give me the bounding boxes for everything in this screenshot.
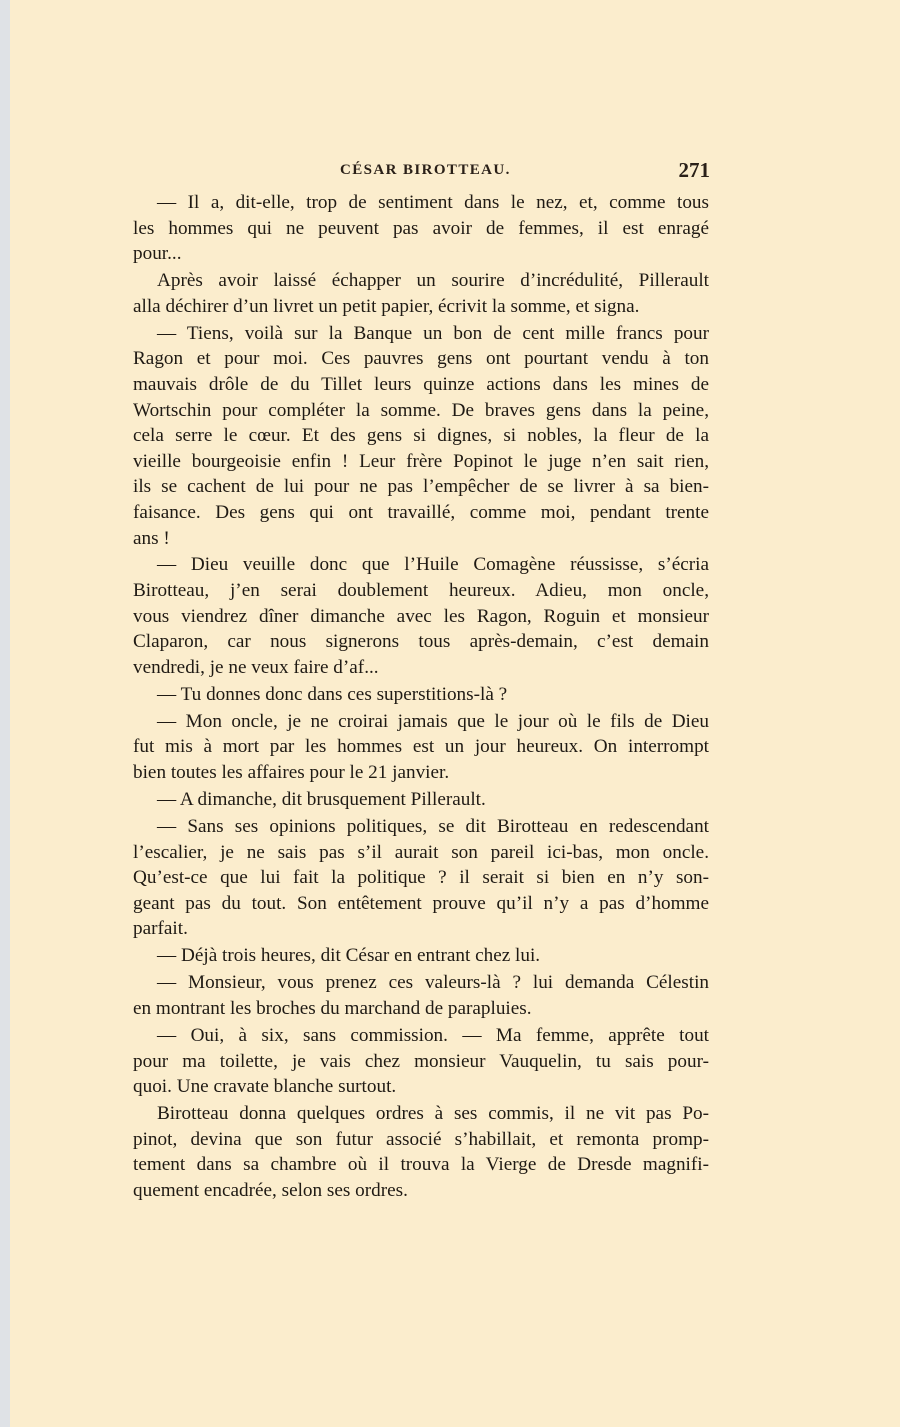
text-line: pinot, devina que son futur associé s’ha… — [133, 1127, 709, 1153]
paragraph: — Mon oncle, je ne croirai jamais que le… — [133, 709, 709, 786]
paragraph: — Sans ses opinions politiques, se dit B… — [133, 814, 709, 942]
text-line: — Mon oncle, je ne croirai jamais que le… — [133, 709, 709, 735]
text-line: en montrant les broches du marchand de p… — [133, 996, 709, 1022]
body-text: — Il a, dit-elle, trop de sentiment dans… — [133, 190, 709, 1205]
text-line: — Sans ses opinions politiques, se dit B… — [133, 814, 709, 840]
page-header: CÉSAR BIROTTEAU. 271 — [132, 158, 710, 186]
paragraph: — A dimanche, dit brusquement Pillerault… — [133, 787, 709, 813]
scan-edge — [0, 0, 10, 1427]
paragraph: — Tu donnes donc dans ces superstitions-… — [133, 682, 709, 708]
paragraph: Après avoir laissé échapper un sourire d… — [133, 268, 709, 319]
text-line: Birotteau, j’en serai doublement heureux… — [133, 578, 709, 604]
paragraph: Birotteau donna quelques ordres à ses co… — [133, 1101, 709, 1203]
text-line: vous viendrez dîner dimanche avec les Ra… — [133, 604, 709, 630]
text-line: Ragon et pour moi. Ces pauvres gens ont … — [133, 346, 709, 372]
text-line: — Déjà trois heures, dit César en entran… — [133, 943, 709, 969]
text-line: vieille bourgeoisie enfin ! Leur frère P… — [133, 449, 709, 475]
text-line: mauvais drôle de du Tillet leurs quinze … — [133, 372, 709, 398]
paragraph: — Oui, à six, sans commission. — Ma femm… — [133, 1023, 709, 1100]
text-line: — Tiens, voilà sur la Banque un bon de c… — [133, 321, 709, 347]
paragraph: — Déjà trois heures, dit César en entran… — [133, 943, 709, 969]
text-line: cela serre le cœur. Et des gens si digne… — [133, 423, 709, 449]
text-line: quoi. Une cravate blanche surtout. — [133, 1074, 709, 1100]
text-line: pour... — [133, 241, 709, 267]
text-line: — Dieu veuille donc que l’Huile Comagène… — [133, 552, 709, 578]
text-line: — A dimanche, dit brusquement Pillerault… — [133, 787, 709, 813]
text-line: Qu’est-ce que lui fait la politique ? il… — [133, 865, 709, 891]
text-line: geant pas du tout. Son entêtement prouve… — [133, 891, 709, 917]
text-line: Après avoir laissé échapper un sourire d… — [133, 268, 709, 294]
paragraph: — Tiens, voilà sur la Banque un bon de c… — [133, 321, 709, 551]
paragraph: — Dieu veuille donc que l’Huile Comagène… — [133, 552, 709, 680]
text-line: tement dans sa chambre où il trouva la V… — [133, 1152, 709, 1178]
text-line: Claparon, car nous signerons tous après-… — [133, 629, 709, 655]
text-line: fut mis à mort par les hommes est un jou… — [133, 734, 709, 760]
text-line: les hommes qui ne peuvent pas avoir de f… — [133, 216, 709, 242]
running-title: CÉSAR BIROTTEAU. — [340, 162, 511, 179]
text-line: bien toutes les affaires pour le 21 janv… — [133, 760, 709, 786]
paragraph: — Monsieur, vous prenez ces valeurs-là ?… — [133, 970, 709, 1021]
text-line: pour ma toilette, je vais chez monsieur … — [133, 1049, 709, 1075]
text-line: — Monsieur, vous prenez ces valeurs-là ?… — [133, 970, 709, 996]
text-line: vendredi, je ne veux faire d’af... — [133, 655, 709, 681]
text-line: ils se cachent de lui pour ne pas l’empê… — [133, 474, 709, 500]
text-line: — Il a, dit-elle, trop de sentiment dans… — [133, 190, 709, 216]
text-line: — Tu donnes donc dans ces superstitions-… — [133, 682, 709, 708]
text-line: l’escalier, je ne sais pas s’il aurait s… — [133, 840, 709, 866]
text-line: Wortschin pour compléter la somme. De br… — [133, 398, 709, 424]
page-number: 271 — [679, 158, 711, 183]
text-line: quement encadrée, selon ses ordres. — [133, 1178, 709, 1204]
text-line: alla déchirer d’un livret un petit papie… — [133, 294, 709, 320]
text-line: ans ! — [133, 526, 709, 552]
text-line: — Oui, à six, sans commission. — Ma femm… — [133, 1023, 709, 1049]
paragraph: — Il a, dit-elle, trop de sentiment dans… — [133, 190, 709, 267]
text-line: faisance. Des gens qui ont travaillé, co… — [133, 500, 709, 526]
text-line: parfait. — [133, 916, 709, 942]
text-line: Birotteau donna quelques ordres à ses co… — [133, 1101, 709, 1127]
